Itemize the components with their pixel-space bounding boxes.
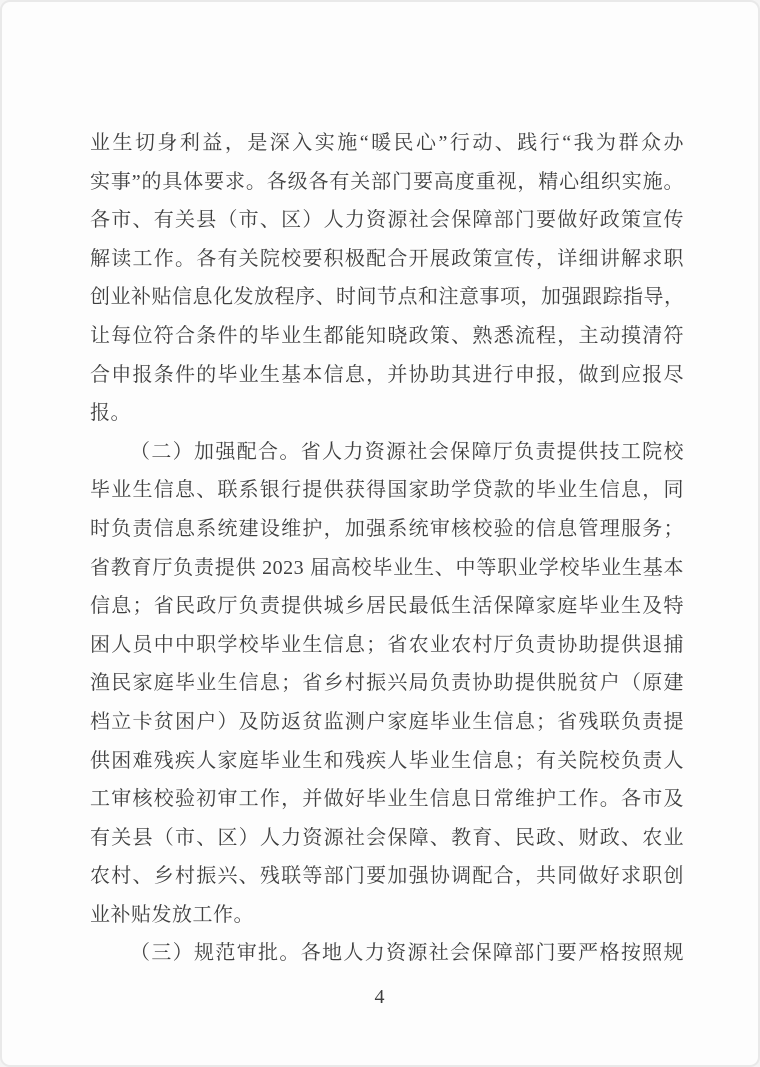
text-line: 渔民家庭毕业生信息；省乡村振兴局负责协助提供脱贫户（原建	[90, 664, 684, 703]
text-line: （二）加强配合。省人力资源社会保障厅负责提供技工院校	[90, 433, 684, 472]
document-body: 业生切身利益，是深入实施“暖民心”行动、践行“我为群众办实事”的具体要求。各级各…	[90, 124, 684, 973]
text-line: 实事”的具体要求。各级各有关部门要高度重视，精心组织实施。	[90, 163, 684, 202]
text-line: 报。	[90, 394, 684, 433]
text-line: 工审核校验初审工作，并做好毕业生信息日常维护工作。各市及	[90, 780, 684, 819]
text-line: 农村、乡村振兴、残联等部门要加强协调配合，共同做好求职创	[90, 857, 684, 896]
text-line: 有关县（市、区）人力资源社会保障、教育、民政、财政、农业	[90, 819, 684, 858]
text-line: 业补贴发放工作。	[90, 896, 684, 935]
text-line: 业生切身利益，是深入实施“暖民心”行动、践行“我为群众办	[90, 124, 684, 163]
text-line: 毕业生信息、联系银行提供获得国家助学贷款的毕业生信息，同	[90, 471, 684, 510]
text-line: 供困难残疾人家庭毕业生和残疾人毕业生信息；有关院校负责人	[90, 742, 684, 781]
text-line: 解读工作。各有关院校要积极配合开展政策宣传，详细讲解求职	[90, 240, 684, 279]
text-line: 合申报条件的毕业生基本信息，并协助其进行申报，做到应报尽	[90, 356, 684, 395]
text-line: 让每位符合条件的毕业生都能知晓政策、熟悉流程，主动摸清符	[90, 317, 684, 356]
text-line: 档立卡贫困户）及防返贫监测户家庭毕业生信息；省残联负责提	[90, 703, 684, 742]
text-line: 信息；省民政厅负责提供城乡居民最低生活保障家庭毕业生及特	[90, 587, 684, 626]
text-line: 省教育厅负责提供 2023 届高校毕业生、中等职业学校毕业生基本	[90, 549, 684, 588]
text-line: （三）规范审批。各地人力资源社会保障部门要严格按照规	[90, 934, 684, 973]
document-page: 业生切身利益，是深入实施“暖民心”行动、践行“我为群众办实事”的具体要求。各级各…	[0, 0, 760, 1067]
text-line: 各市、有关县（市、区）人力资源社会保障部门要做好政策宣传	[90, 201, 684, 240]
text-line: 创业补贴信息化发放程序、时间节点和注意事项，加强跟踪指导，	[90, 278, 684, 317]
text-line: 困人员中中职学校毕业生信息；省农业农村厅负责协助提供退捕	[90, 626, 684, 665]
text-line: 时负责信息系统建设维护，加强系统审核校验的信息管理服务；	[90, 510, 684, 549]
page-number: 4	[2, 986, 758, 1009]
